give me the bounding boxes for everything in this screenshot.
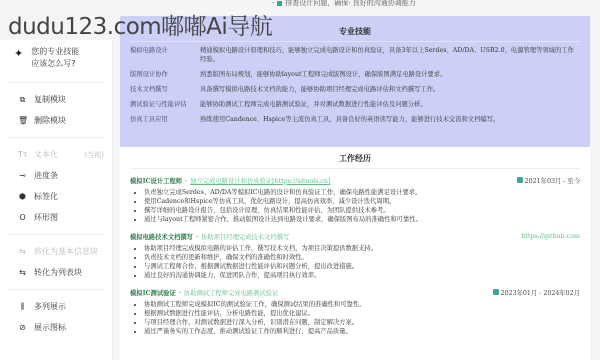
skill-name: 测试验证与性能评估 bbox=[130, 100, 200, 109]
menu-item-label: 文本化 bbox=[34, 149, 58, 160]
hide-icon: ⊘ bbox=[18, 323, 27, 332]
date-range: 2023年01月 - 2024年02月 bbox=[501, 288, 580, 297]
skill-name: 模拟电路设计 bbox=[130, 46, 200, 64]
skill-name: 仿真工具应用 bbox=[130, 115, 200, 124]
menu-item-textify[interactable]: Tт文本化(当前) bbox=[0, 144, 112, 165]
watermark: dudu123.com嘟嘟Ai导航 bbox=[8, 8, 272, 41]
divider bbox=[8, 137, 104, 138]
date-range: 2021年03月 - 至今 bbox=[525, 176, 580, 185]
divider bbox=[130, 168, 580, 169]
bullet-item: 负责独立完成Serdes、AD/DA等模拟IC电路的设计和仿真验证工作，确保电路… bbox=[144, 188, 580, 197]
skill-desc: 熟悉版图布局规划，能够协助layout工程师完成版图设计，确保版图满足电路设计要… bbox=[200, 70, 580, 79]
convert-icon: ⇆ bbox=[18, 268, 27, 277]
top-fragment-right: 良好的沟通协调能力 bbox=[353, 0, 416, 7]
menu-item-to-list[interactable]: ⇆转化为列表块 bbox=[0, 262, 112, 283]
menu-item-tagify[interactable]: ⬢标签化 bbox=[0, 186, 112, 207]
skill-row: 技术文档撰写具备撰写模拟电路技术文档的能力，能够协助项目经理完成电路评估和文档撰… bbox=[120, 85, 590, 94]
separator: - bbox=[185, 177, 187, 184]
bullet-item: 撰写详细的电路设计报告，包括设计原理、仿真结果和性能评估，为团队提供技术参考。 bbox=[144, 206, 580, 215]
separator: - bbox=[179, 289, 181, 296]
job-desc: 协助测试工程师完成电路测试验证 bbox=[184, 288, 278, 297]
menu-item-label: 删除模块 bbox=[34, 115, 66, 126]
divider bbox=[8, 234, 104, 235]
ai-prompt-line1: 您的专业技能 bbox=[31, 46, 79, 58]
menu-item-label: 转化为基本信息块 bbox=[34, 246, 98, 257]
calendar-icon bbox=[493, 289, 499, 295]
skill-desc: 能够协助测试工程师完成电路测试验证，并对测试数据进行性能评估及问题分析。 bbox=[200, 100, 580, 109]
top-fragment: ·排查设计问题，确保· 良好的沟通协调能力 bbox=[272, 0, 416, 8]
bullet-item: 通过良好的沟通协调能力，促进团队合作，提高项目执行效率。 bbox=[144, 271, 580, 280]
job-role: 模拟电路技术文档撰写 bbox=[130, 232, 193, 241]
bullet-item: 使用Cadence和Hspice等仿真工具，优化电路设计，提高仿真效率，减少设计… bbox=[144, 197, 580, 206]
tag-icon: ⬢ bbox=[18, 192, 27, 201]
job-desc-link[interactable]: 独立完成电路设计和仿真验证[https://aitools.cn] bbox=[190, 176, 330, 185]
job-desc: 协助项目经理完成技术文档撰写 bbox=[201, 232, 289, 241]
experience-module[interactable]: 工作经历 模拟IC设计工程师-独立完成电路设计和仿真验证[https://ait… bbox=[120, 147, 590, 360]
menu-item-delete-module[interactable]: 🗑删除模块 bbox=[0, 110, 112, 131]
skill-name: 技术文档撰写 bbox=[130, 85, 200, 94]
bullet-item: 通过严谨务实的工作态度，推动测试验证工作的顺利进行，提高产品质量。 bbox=[144, 327, 580, 336]
divider bbox=[130, 41, 580, 42]
skill-row: 仿真工具应用熟练使用Candence、Hspice等主流仿真工具，具备良好的英语… bbox=[120, 115, 590, 124]
menu-item-to-basic-info[interactable]: ⇆转化为基本信息块 bbox=[0, 241, 112, 262]
menu-item-label: 转化为列表块 bbox=[34, 267, 82, 278]
top-fragment-left: · bbox=[272, 0, 274, 7]
ring-chart-icon: O bbox=[18, 213, 27, 222]
progress-bar-icon: ⊸ bbox=[18, 171, 27, 180]
job-entry: 模拟IC测试验证-协助测试工程师完成电路测试验证 2023年01月 - 2024… bbox=[120, 286, 590, 336]
bullet-item: 协助测试工程师完成模拟IC的测试验证工作，确保测试结果的准确性和可靠性。 bbox=[144, 300, 580, 309]
columns-icon: ⫼ bbox=[18, 302, 27, 312]
bullet-item: 与测试工程师合作，根据测试数据进行性能评估和问题分析，提出改进措施。 bbox=[144, 262, 580, 271]
calendar-icon bbox=[517, 177, 523, 183]
job-role: 模拟IC测试验证 bbox=[130, 288, 176, 297]
skill-desc: 熟练使用Candence、Hspice等主流仿真工具，具备良好的英语读写能力，能… bbox=[200, 115, 580, 124]
sparkle-icon: ✦ bbox=[14, 48, 23, 60]
divider bbox=[8, 82, 104, 83]
bullet-item: 与项目经理合作，对测试数据进行深入分析，识别潜在问题，制定解决方案。 bbox=[144, 318, 580, 327]
job-entry: 模拟电路技术文档撰写-协助项目经理完成技术文档撰写 https://github… bbox=[120, 230, 590, 280]
skill-desc: 精通模拟电路设计原理和技巧，能够独立完成电路设计和仿真验证，具备3年以上Serd… bbox=[200, 46, 580, 64]
job-entry: 模拟IC设计工程师-独立完成电路设计和仿真验证[https://aitools.… bbox=[120, 174, 590, 224]
bullet-item: 协助项目经理完成模拟电路的评估工作，撰写技术文档，为项目决策提供数据支持。 bbox=[144, 244, 580, 253]
skill-row: 模拟电路设计精通模拟电路设计原理和技巧，能够独立完成电路设计和仿真验证，具备3年… bbox=[120, 46, 590, 64]
menu-item-label: 进度条 bbox=[34, 170, 58, 181]
menu-item-copy-module[interactable]: ⧉复制模块 bbox=[0, 89, 112, 110]
bullet-item: 根据测试数据进行性能评估，分析电路性能，提出优化建议。 bbox=[144, 309, 580, 318]
skill-row: 测试验证与性能评估能够协助测试工程师完成电路测试验证，并对测试数据进行性能评估及… bbox=[120, 100, 590, 109]
skill-desc: 具备撰写模拟电路技术文档的能力，能够协助项目经理完成电路评估和文档撰写工作。 bbox=[200, 85, 580, 94]
convert-icon: ⇆ bbox=[18, 247, 27, 256]
bullet-item: 负责技术文档的更新和维护，确保文档的准确性和时效性。 bbox=[144, 253, 580, 262]
menu-item-label: 环形图 bbox=[34, 212, 58, 223]
job-url[interactable]: https://github.com bbox=[521, 233, 580, 240]
trash-icon: 🗑 bbox=[18, 116, 27, 125]
section-title: 工作经历 bbox=[120, 147, 590, 165]
menu-item-progress-bar[interactable]: ⊸进度条 bbox=[0, 165, 112, 186]
divider bbox=[8, 289, 104, 290]
job-date: 2023年01月 - 2024年02月 bbox=[493, 288, 580, 297]
menu-item-ring-chart[interactable]: O环形图 bbox=[0, 207, 112, 228]
ai-writing-prompt[interactable]: ✦ 您的专业技能 应该怎么写? bbox=[0, 40, 112, 76]
skill-row: 版图设计协作熟悉版图布局规划，能够协助layout工程师完成版图设计，确保版图满… bbox=[120, 70, 590, 79]
top-fragment-middle: 排查设计问题，确保· bbox=[285, 0, 350, 7]
menu-item-label: 复制模块 bbox=[34, 94, 66, 105]
module-context-menu: ✦ 您的专业技能 应该怎么写? ⧉复制模块 🗑删除模块 Tт文本化(当前) ⊸进… bbox=[0, 40, 113, 360]
menu-item-label: 多列展示 bbox=[34, 301, 66, 312]
bullet-dot-icon bbox=[277, 1, 282, 6]
menu-item-label: 展示图标 bbox=[34, 322, 66, 333]
copy-icon: ⧉ bbox=[18, 95, 27, 105]
job-date: 2021年03月 - 至今 bbox=[517, 176, 580, 185]
menu-item-show-icons[interactable]: ⊘展示图标 bbox=[0, 317, 112, 338]
bullet-item: 通过与layout工程师紧密合作，推动版图设计达到电路设计要求，确保版图布局的准… bbox=[144, 215, 580, 224]
text-icon: Tт bbox=[18, 150, 27, 159]
ai-prompt-line2: 应该怎么写? bbox=[31, 58, 79, 70]
current-tag: (当前) bbox=[85, 150, 104, 160]
separator: - bbox=[196, 233, 198, 240]
menu-item-multi-column[interactable]: ⫼多列展示 bbox=[0, 296, 112, 317]
skill-name: 版图设计协作 bbox=[130, 70, 200, 79]
menu-item-label: 标签化 bbox=[34, 191, 58, 202]
job-role: 模拟IC设计工程师 bbox=[130, 176, 182, 185]
